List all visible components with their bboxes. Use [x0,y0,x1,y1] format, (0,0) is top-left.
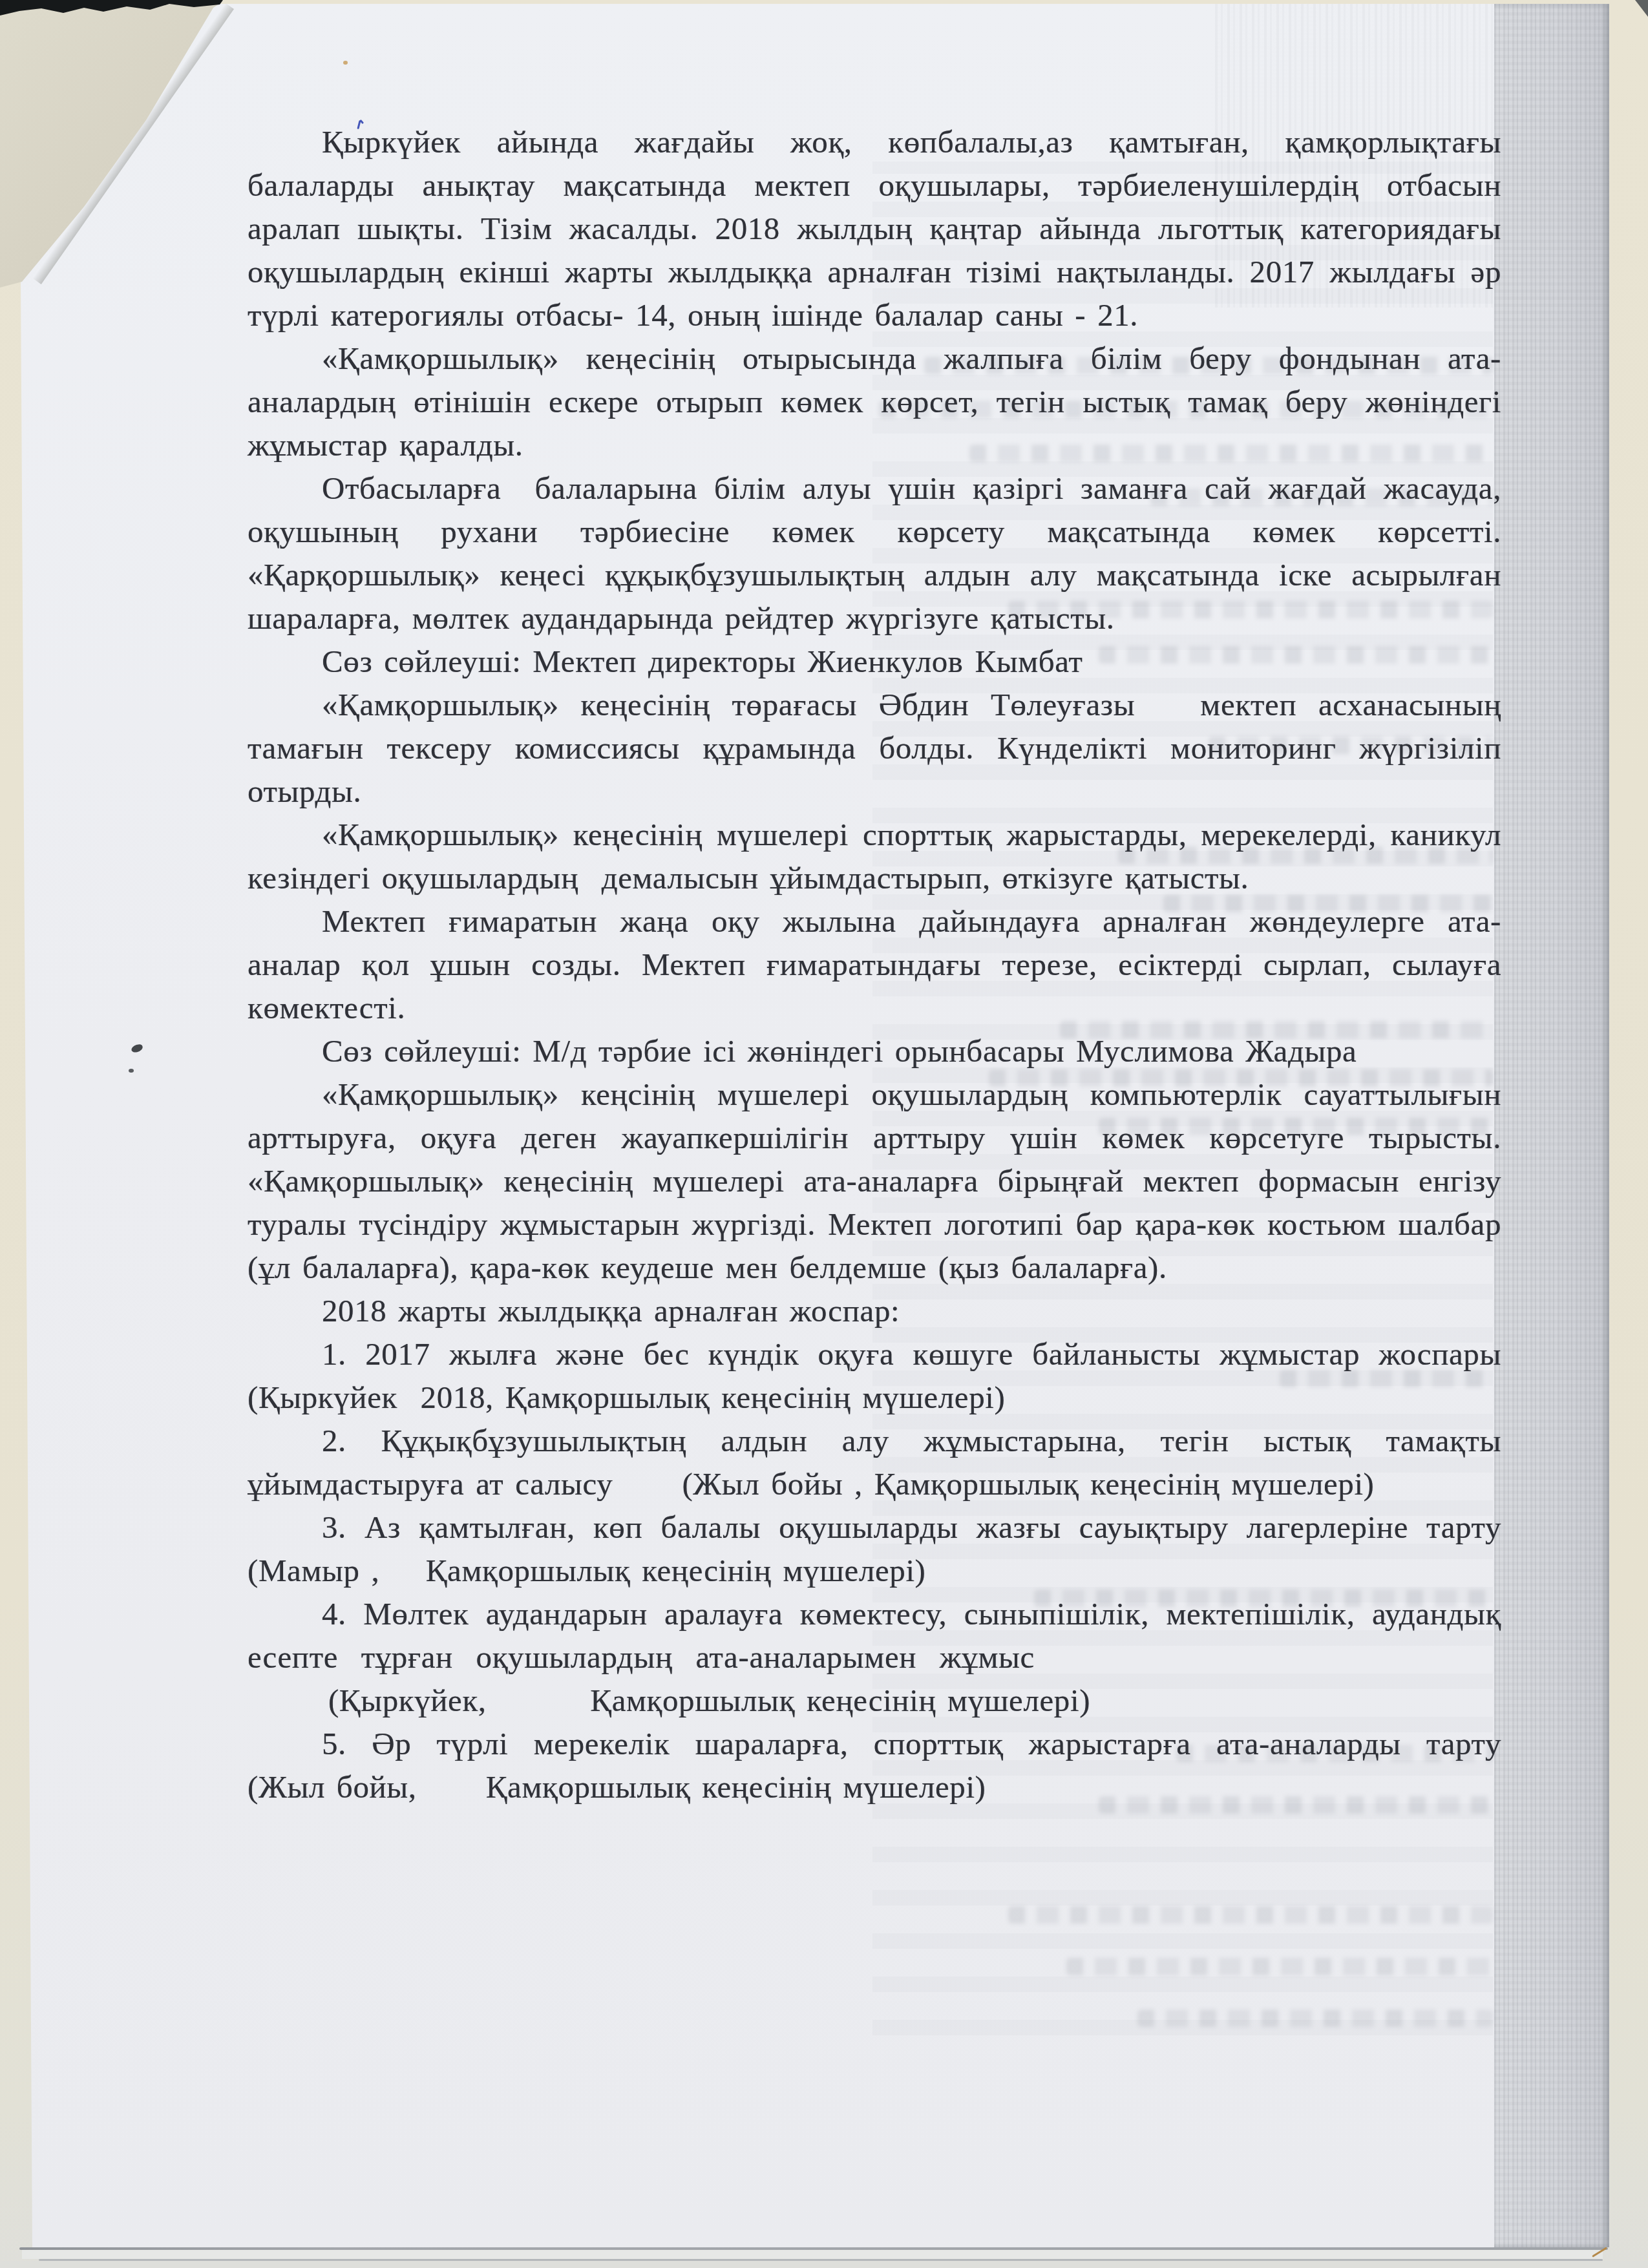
dust-speck [343,61,348,65]
plan-item-3: 3. Аз қамтылған, көп балалы оқушыларды ж… [248,1506,1501,1592]
plan-item-1: 1. 2017 жылға және бес күндік оқуға көшу… [248,1332,1501,1419]
scanned-document-screenshot: Қыркүйек айында жағдайы жоқ, көпбалалы,а… [0,0,1648,2268]
scanner-bed-bottom [0,2261,1648,2268]
para-families-support: Отбасыларға балаларына білім алуы үшін қ… [248,467,1501,640]
document-text-block: Қыркүйек айында жағдайы жоқ, көпбалалы,а… [248,120,1501,1809]
page-bottom-sliver [22,2250,1603,2259]
plan-item-2: 2. Құқықбұзушылықтың алдын алу жұмыстары… [248,1419,1501,1506]
scanner-corner-shadow [1623,0,1648,18]
bleedthrough-smudge [1066,1958,1493,1975]
bleedthrough-smudge [1008,1906,1493,1924]
speaker-line-director: Сөз сөйлеуші: Мектеп директоры Жиенкулов… [248,640,1501,683]
para-members-literacy-uniform: «Қамқоршылық» кеңсінің мүшелері оқушылар… [248,1073,1501,1289]
speaker-line-deputy: Сөз сөйлеуші: М/д тәрбие ісі жөніндегі о… [248,1029,1501,1073]
plan-item-5: 5. Әр түрлі мерекелік шараларға, спортты… [248,1722,1501,1809]
plan-heading: 2018 жарты жылдыққа арналған жоспар: [248,1289,1501,1332]
bleedthrough-smudge [1137,2010,1493,2027]
para-intro: Қыркүйек айында жағдайы жоқ, көпбалалы,а… [248,120,1501,337]
para-school-repairs: Мектеп ғимаратын жаңа оқу жылына дайында… [248,899,1501,1029]
ink-speck [129,1069,134,1073]
para-chairman-canteen: «Қамқоршылық» кеңесінің төрағасы Әбдин Т… [248,683,1501,813]
para-care-council-meeting: «Қамқоршылық» кеңесінің отырысында жалпы… [248,337,1501,467]
plan-item-4: 4. Мөлтек аудандарын аралауға көмектесу,… [248,1592,1501,1722]
para-members-events: «Қамқоршылық» кеңесінің мүшелері спортты… [248,813,1501,899]
